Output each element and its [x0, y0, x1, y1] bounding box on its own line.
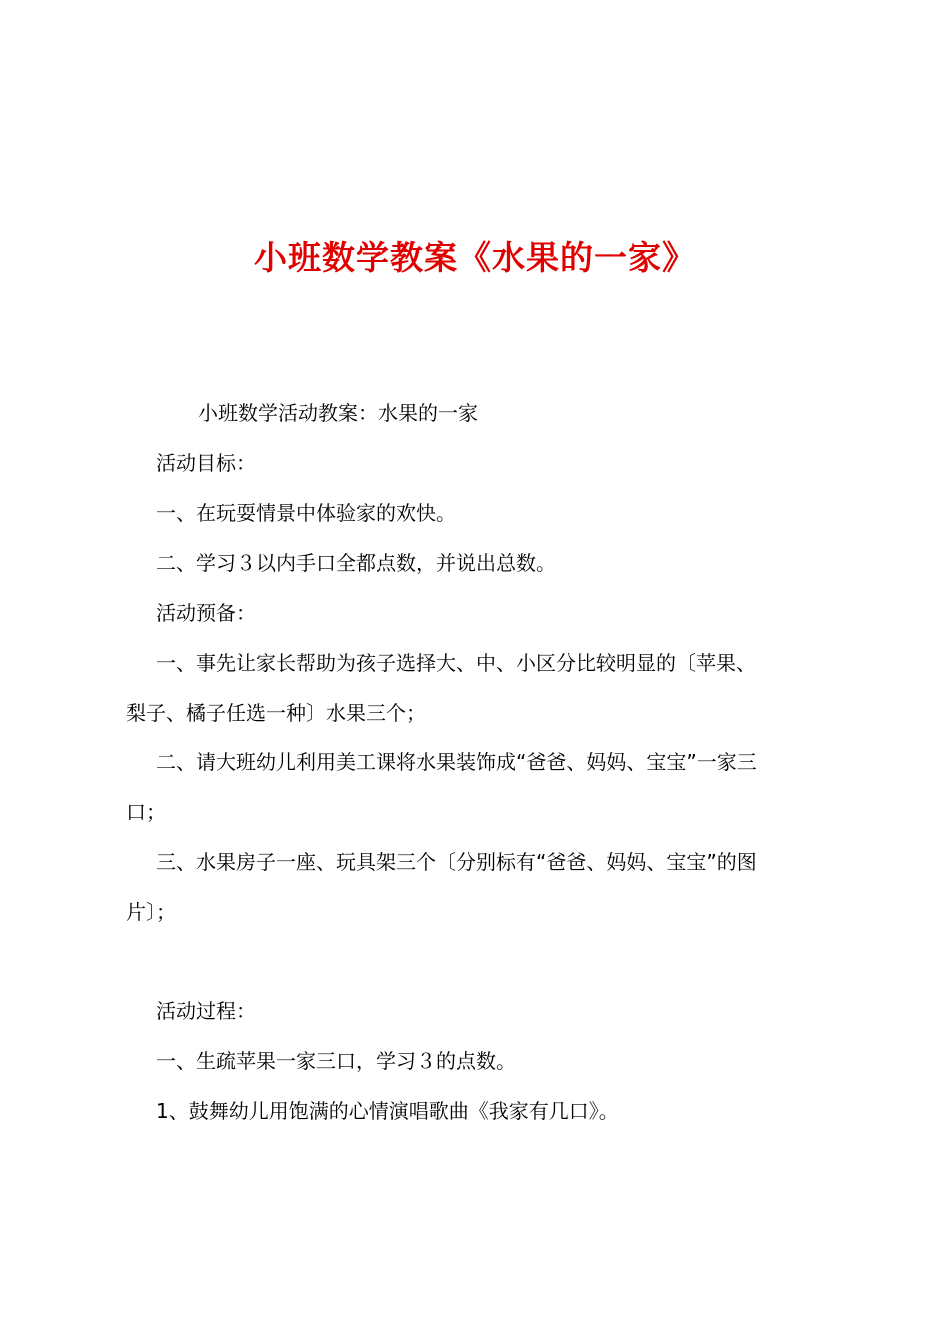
section-heading-goals: 活动目标：	[156, 448, 256, 478]
document-title: 小班数学教案《水果的一家》	[0, 234, 950, 282]
process-step-1: 一、生疏苹果一家三口，学习３的点数。	[156, 1046, 516, 1076]
process-substep-1: 1、鼓舞幼儿用饱满的心情演唱歌曲《我家有几口》。	[156, 1096, 619, 1126]
prep-item-3-line-1: 三、水果房子一座、玩具架三个〔分别标有“爸爸、妈妈、宝宝”的图	[156, 847, 757, 877]
subtitle-line: 小班数学活动教案：水果的一家	[198, 398, 478, 428]
prep-item-1-line-2: 梨子、橘子任选一种〕水果三个；	[126, 698, 426, 728]
prep-item-2-line-2: 口；	[126, 797, 166, 827]
prep-item-2-line-1: 二、请大班幼儿利用美工课将水果装饰成“爸爸、妈妈、宝宝”一家三	[156, 747, 757, 777]
goal-item-2: 二、学习３以内手口全都点数，并说出总数。	[156, 548, 556, 578]
section-heading-process: 活动过程：	[156, 996, 256, 1026]
section-heading-preparation: 活动预备：	[156, 598, 256, 628]
goal-item-1: 一、在玩耍情景中体验家的欢快。	[156, 498, 456, 528]
prep-item-3-line-2: 片〕；	[126, 897, 176, 927]
prep-item-1-line-1: 一、事先让家长帮助为孩子选择大、中、小区分比较明显的〔苹果、	[156, 648, 756, 678]
